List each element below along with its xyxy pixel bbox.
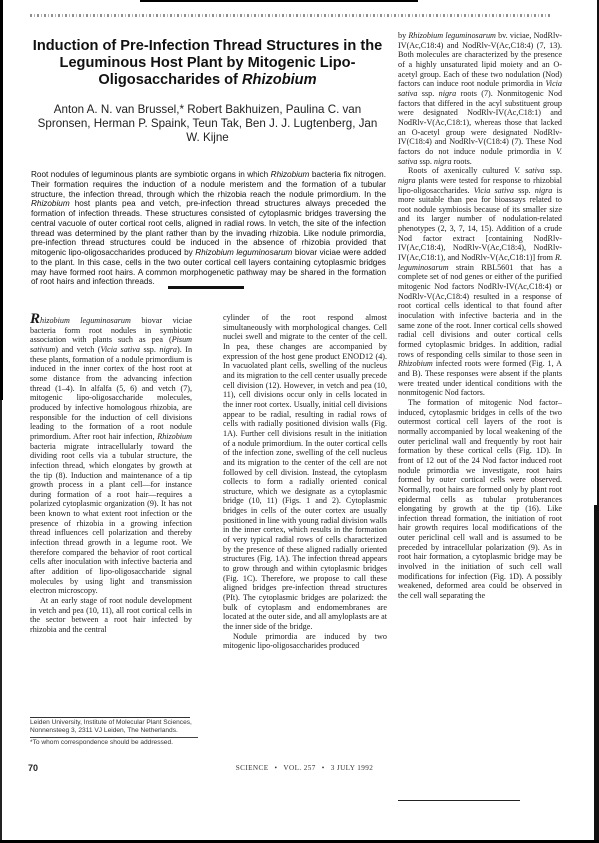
body-text: ssp. [514, 186, 535, 195]
italic-text: nigra [439, 89, 457, 98]
paragraph: Roots of axenically cultured V. sativa s… [398, 166, 562, 398]
paragraph: by Rhizobium leguminosarum bv. viciae, N… [398, 31, 562, 166]
body-column-1: Rhizobium leguminosarum biovar viciae ba… [30, 315, 192, 635]
italic-text: Vicia sativa [474, 186, 514, 195]
article-title: Induction of Pre-Infection Thread Struct… [30, 38, 385, 89]
scan-edge-left-lower [0, 400, 2, 843]
paragraph: Nodule primordia are induced by two mito… [223, 632, 387, 651]
body-text: ssp. [417, 157, 433, 166]
body-text: roots (7). Nonmitogenic Nod factors that… [398, 89, 562, 156]
page-number: 70 [28, 763, 38, 773]
italic-text: nigra [159, 345, 177, 354]
body-text: is more suitable than pea for bioassays … [398, 186, 562, 263]
italic-text: Rhizobium leguminosarum [408, 31, 496, 40]
journal-footer: SCIENCE•VOL. 257•3 JULY 1992 [222, 764, 387, 772]
abstract: Root nodules of leguminous plants are sy… [31, 170, 386, 287]
scan-edge-top [140, 0, 418, 2]
author-list: Anton A. N. van Brussel,* Robert Bakhuiz… [30, 103, 385, 145]
scan-edge-right-lower [594, 505, 597, 843]
paragraph: Rhizobium leguminosarum biovar viciae ba… [30, 315, 192, 596]
issue-date: 3 JULY 1992 [331, 764, 374, 772]
body-text: Roots of axenically cultured [408, 166, 514, 175]
journal-name: SCIENCE [236, 764, 269, 772]
footnote-rule [30, 717, 190, 718]
body-text: ssp. [417, 89, 438, 98]
footnotes: Leiden University, Institute of Molecula… [30, 719, 198, 746]
body-text: roots. [452, 157, 472, 166]
italic-text: nigra [398, 176, 416, 185]
body-text: bacteria migrate intracellularly toward … [30, 442, 192, 596]
body-column-2: cylinder of the root respond almost simu… [223, 313, 387, 651]
separator-dot: • [322, 764, 325, 772]
body-text: ). In these plants, formation of a nodul… [30, 345, 192, 441]
body-column-3: by Rhizobium leguminosarum bv. viciae, N… [398, 31, 562, 601]
italic-text: Vicia sativa [101, 345, 140, 354]
title-text: Induction of Pre-Infection Thread Struct… [33, 38, 382, 88]
body-text: ) and vetch ( [55, 345, 100, 354]
italic-text: V. sativa [514, 166, 544, 175]
body-text: ssp. [140, 345, 159, 354]
journal-volume: VOL. 257 [283, 764, 315, 772]
correspondence-note: *To whom correspondence should be addres… [30, 737, 198, 747]
drop-cap: R [30, 311, 40, 327]
body-text: by [398, 31, 408, 40]
abstract-italic: Rhizobium [31, 199, 70, 208]
italic-text: hizobium leguminosarum [40, 316, 131, 325]
italic-text: Rhizobium [398, 359, 433, 368]
abstract-italic: Rhizobium [271, 170, 310, 179]
article-header: Induction of Pre-Infection Thread Struct… [30, 38, 385, 145]
italic-text: nigra [434, 157, 452, 166]
section-divider [168, 286, 244, 289]
italic-text: Rhizobium [157, 432, 192, 441]
scan-edge-left [0, 0, 3, 400]
footer-rule [398, 800, 520, 801]
running-head [30, 14, 550, 17]
abstract-italic: Rhizobium leguminosarum [195, 248, 292, 257]
italic-text: nigra [535, 186, 553, 195]
abstract-text: Root nodules of leguminous plants are sy… [31, 170, 271, 179]
paragraph: The formation of mitogenic Nod factor–in… [398, 398, 562, 601]
body-text: strain RBL5601 that has a complete set o… [398, 263, 562, 359]
affiliation-note: Leiden University, Institute of Molecula… [30, 719, 198, 735]
paragraph: At an early stage of root nodule develop… [30, 596, 192, 635]
paragraph: cylinder of the root respond almost simu… [223, 313, 387, 632]
body-text: ssp. [545, 166, 563, 175]
title-genus: Rhizobium [242, 72, 317, 88]
separator-dot: • [275, 764, 278, 772]
